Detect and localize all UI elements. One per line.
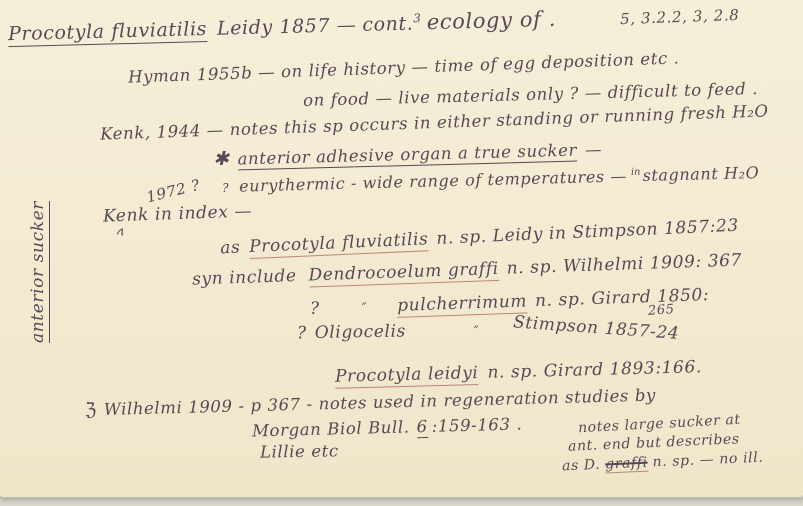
as-species: Procotyla fluviatilis: [249, 229, 429, 259]
kenk-index-heading: Kenk in index —: [103, 201, 253, 226]
morgan-citation: Morgan Biol Bull.6:159-163 .: [252, 414, 523, 440]
pulcherrimum-species: pulcherrimum: [397, 291, 528, 318]
index-card: 5, 3.2.2, 3, 2.8 Procotyla fluviatilisLe…: [0, 0, 803, 497]
title-line: Procotyla fluviatilisLeidy 1857 —cont.3e…: [8, 7, 556, 45]
ditto-mark: ″: [474, 324, 480, 339]
query-mark: ?: [297, 323, 307, 343]
title-ecology: ecology of .: [427, 7, 557, 34]
kenk-1944-note: Kenk, 1944 — notes this sp occurs in eit…: [100, 101, 769, 143]
query-mark: ?: [222, 181, 229, 195]
as-reference: n. sp. Leidy in Stimpson 1857:23: [436, 216, 739, 249]
vertical-margin-note-text: anterior sucker: [28, 201, 50, 343]
syn-species: Dendrocoelum graffi: [308, 259, 499, 288]
syn-reference: n. sp. Wilhelmi 1909: 367: [506, 250, 742, 278]
title-author: Leidy 1857 —: [217, 14, 357, 40]
year-query: 1972 ?: [145, 176, 202, 207]
wilhelmi-text: Wilhelmi 1909 - p 367 - notes used in re…: [104, 386, 657, 419]
eurythermic-tail: stagnant H₂O: [642, 163, 759, 185]
morgan-volume: 6: [416, 417, 428, 438]
title-species: Procotyla fluviatilis: [8, 18, 207, 47]
leidyi-line: Procotyla leidyin. sp. Girard 1893:166.: [335, 357, 702, 387]
morgan-pages: :159-163 .: [431, 414, 522, 435]
pulcherrimum-reference: n. sp. Girard 1850:: [535, 285, 710, 311]
query-mark: ?: [310, 299, 320, 319]
note-rest: n. sp. — no ill.: [652, 450, 763, 471]
ditto-mark: ″: [362, 301, 368, 316]
syn-prefix: syn include: [192, 266, 297, 290]
leidyi-reference: n. sp. Girard 1893:166.: [487, 357, 702, 383]
lillie-note: Lillie etc: [260, 441, 339, 461]
sucker-dash: —: [585, 140, 603, 159]
wilhelmi-note: ℨWilhelmi 1909 - p 367 - notes used in r…: [85, 385, 656, 421]
scribble-mark: ℨ: [85, 399, 97, 420]
oligocelis-name: Oligocelis: [315, 321, 406, 343]
note-prefix: as D.: [562, 457, 601, 475]
oligocelis-line: ?Oligocelis″Stimpson 1857-24: [297, 317, 680, 344]
title-cont-sup: 3: [413, 11, 421, 25]
hyman-note: Hyman 1955b — on life history — time of …: [128, 48, 680, 86]
sucker-text: anterior adhesive organ a true sucker: [237, 141, 577, 171]
morgan-prefix: Morgan Biol Bull.: [252, 417, 410, 440]
classification-number: 5, 3.2.2, 3, 2.8: [620, 6, 740, 28]
oligocelis-page-sup: 265: [648, 302, 676, 319]
asterisk-mark: ✱: [213, 148, 230, 170]
synonym-as-line: asProcotyla fluviatilisn. sp. Leidy in S…: [220, 216, 739, 259]
title-cont: cont.: [362, 13, 414, 36]
struck-species: graffi: [605, 455, 648, 474]
sucker-annotation: ✱anterior adhesive organ a true sucker—: [213, 138, 603, 170]
eurythermic-text: eurythermic - wide range of temperatures…: [239, 166, 627, 195]
leidyi-species: Procotyla leidyi: [335, 363, 479, 389]
insertion-word: in: [631, 167, 641, 178]
as-prefix: as: [220, 237, 241, 258]
vertical-margin-note: anterior sucker: [28, 156, 48, 388]
